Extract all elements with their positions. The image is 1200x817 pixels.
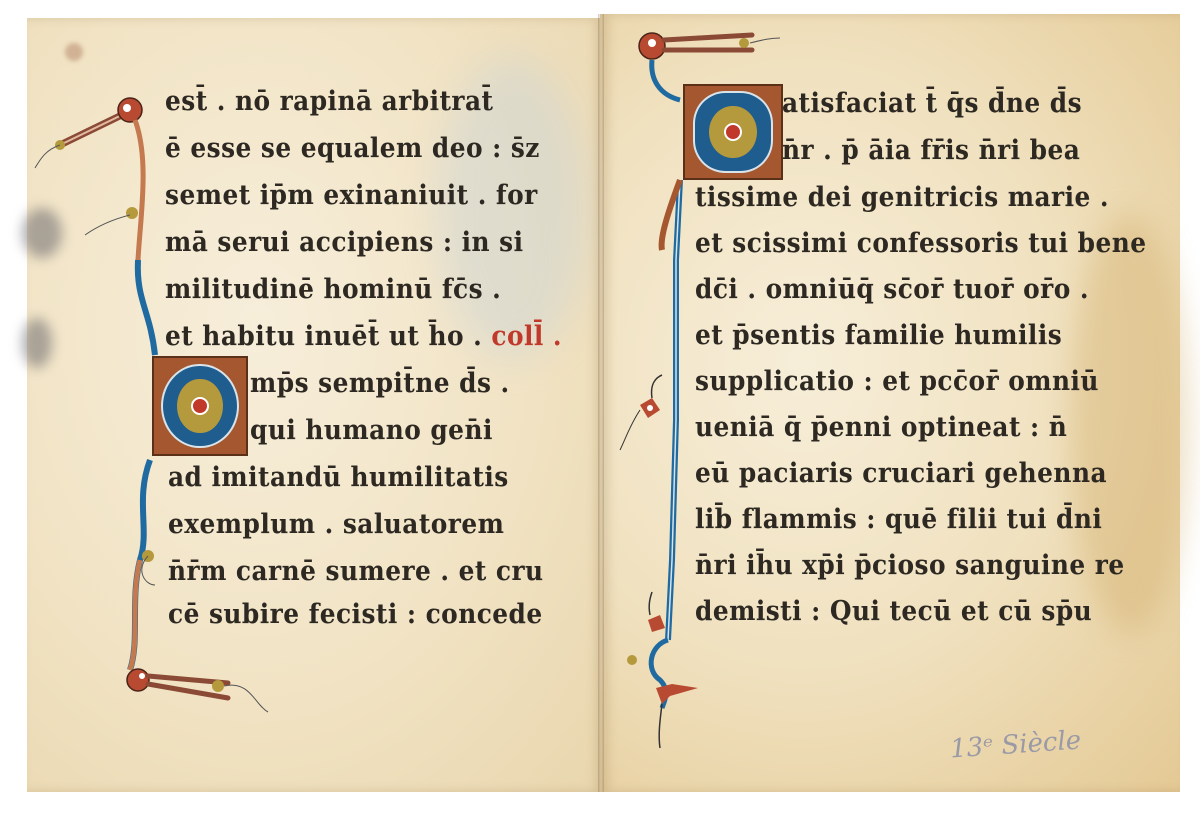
grotesque-figure-icon [656, 684, 698, 748]
bird-head-grotesque-icon [639, 33, 780, 59]
vine-stem [652, 60, 680, 100]
grotesque-figure-icon [627, 592, 665, 665]
bird-head-grotesque-icon [127, 669, 268, 712]
marginal-decoration [0, 0, 1200, 817]
grotesque-figure-icon [620, 375, 662, 450]
bird-head-grotesque-icon [35, 98, 142, 168]
